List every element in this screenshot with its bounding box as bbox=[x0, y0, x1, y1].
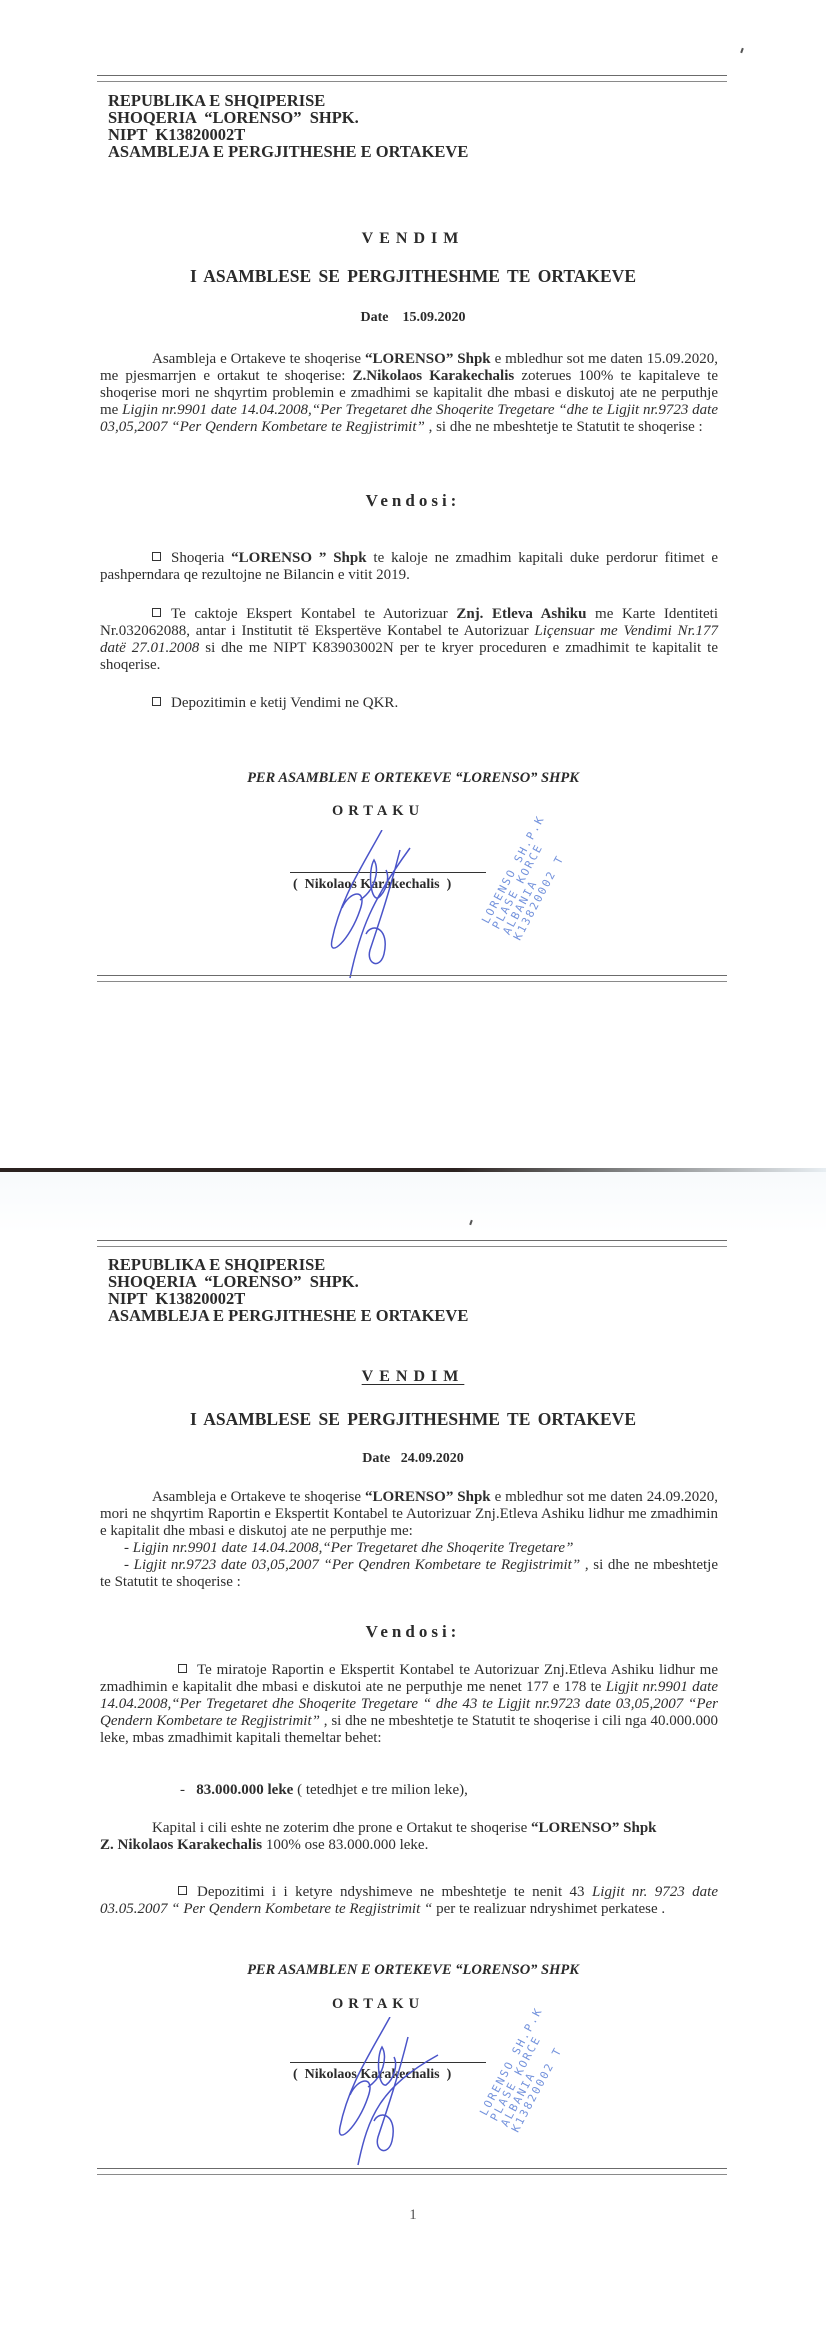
amount-words: ( tetedhjet e tre milion leke), bbox=[293, 1782, 468, 1798]
scan-speck bbox=[469, 1220, 473, 1225]
handwritten-signature bbox=[320, 830, 460, 980]
intro-text: , si dhe ne mbeshtetje te Statutit te sh… bbox=[425, 419, 703, 435]
intro-text: Asambleja e Ortakeve te shoqerise bbox=[152, 1489, 365, 1505]
company-name: “LORENSO” Shpk bbox=[365, 351, 491, 367]
decided-heading: Vendosi: bbox=[0, 1622, 826, 1642]
letterhead: REPUBLIKA E SHQIPERISE SHOQERIA “LORENSO… bbox=[108, 92, 468, 160]
handwritten-signature bbox=[328, 2017, 468, 2167]
decision-subtitle: I ASAMBLESE SE PERGJITHESHME TE ORTAKEVE bbox=[0, 1409, 826, 1430]
letterhead-company: SHOQERIA “LORENSO” SHPK. bbox=[108, 1273, 468, 1290]
amount-dash: - bbox=[180, 1782, 185, 1798]
partner-name: Z.Nikolaos Karakechalis bbox=[353, 368, 515, 384]
decision-text: Shoqeria bbox=[171, 550, 231, 566]
company-stamp: LORENSO SH.P.KPLASE KORCEALBANIAK1382000… bbox=[480, 813, 579, 942]
checkbox-bullet-icon bbox=[152, 608, 161, 617]
date-label: Date bbox=[361, 310, 389, 325]
signature-role: ORTAKU bbox=[332, 1996, 424, 2013]
law-reference: - Ligjin nr.9901 date 14.04.2008,“Per Tr… bbox=[124, 1540, 573, 1556]
expert-name: Znj. Etleva Ashiku bbox=[456, 606, 586, 622]
decision-text: per te realizuar ndryshimet perkatese . bbox=[432, 1901, 665, 1917]
decision-text: Depozitimi i i ketyre ndyshimeve ne mbes… bbox=[197, 1884, 592, 1900]
decision-title-text: VENDIM bbox=[362, 230, 465, 247]
decision-date: Date 15.09.2020 bbox=[0, 310, 826, 326]
decision-text: Kapital i cili eshte ne zoterim dhe pron… bbox=[152, 1820, 531, 1836]
decision-text: 100% ose 83.000.000 leke. bbox=[262, 1837, 428, 1853]
letterhead-company: SHOQERIA “LORENSO” SHPK. bbox=[108, 109, 468, 126]
letterhead-country: REPUBLIKA E SHQIPERISE bbox=[108, 92, 468, 109]
header-rule bbox=[97, 1240, 727, 1247]
scan-speck bbox=[740, 48, 744, 53]
decision-title: VENDIM bbox=[0, 1368, 826, 1386]
partner-name: Z. Nikolaos Karakechalis bbox=[100, 1837, 262, 1853]
date-value: 24.09.2020 bbox=[401, 1451, 464, 1466]
decision-item: Depozitimi i i ketyre ndyshimeve ne mbes… bbox=[100, 1884, 718, 1918]
decision-subtitle: I ASAMBLESE SE PERGJITHESHME TE ORTAKEVE bbox=[0, 266, 826, 287]
checkbox-bullet-icon bbox=[178, 1886, 187, 1895]
letterhead-nipt: NIPT K13820002T bbox=[108, 126, 468, 143]
date-label: Date bbox=[362, 1451, 390, 1466]
decided-heading: Vendosi: bbox=[0, 491, 826, 511]
decision-text: Depozitimin e ketij Vendimi ne QKR. bbox=[171, 695, 398, 711]
signature-for-label: PER ASAMBLEN E ORTEKEVE “LORENSO” SHPK bbox=[0, 1962, 826, 1979]
law-reference: - Ligjit nr.9723 date 03,05,2007 “Per Qe… bbox=[124, 1557, 580, 1573]
letterhead-assembly: ASAMBLEJA E PERGJITHESHE E ORTAKEVE bbox=[108, 1307, 468, 1324]
checkbox-bullet-icon bbox=[178, 1664, 187, 1673]
company-name: “LORENSO” Shpk bbox=[531, 1820, 656, 1836]
intro-text: Asambleja e Ortakeve te shoqerise bbox=[152, 351, 365, 367]
document-page-1: REPUBLIKA E SHQIPERISE SHOQERIA “LORENSO… bbox=[0, 0, 826, 1170]
decision-item: Depozitimin e ketij Vendimi ne QKR. bbox=[100, 695, 718, 712]
intro-paragraph: Asambleja e Ortakeve te shoqerise “LOREN… bbox=[100, 351, 718, 436]
decision-item: Shoqeria “LORENSO ” Shpk te kaloje ne zm… bbox=[100, 550, 718, 584]
capital-ownership: Kapital i cili eshte ne zoterim dhe pron… bbox=[100, 1820, 718, 1854]
decision-date: Date 24.09.2020 bbox=[0, 1451, 826, 1467]
company-name: “LORENSO ” Shpk bbox=[231, 550, 366, 566]
decision-item: Te miratoje Raportin e Ekspertit Kontabe… bbox=[100, 1662, 718, 1747]
signature-role: ORTAKU bbox=[332, 803, 424, 820]
company-name: “LORENSO” Shpk bbox=[365, 1489, 491, 1505]
page-number: 1 bbox=[0, 2207, 826, 2224]
decision-item: Te caktoje Ekspert Kontabel te Autorizua… bbox=[100, 606, 718, 674]
decision-title: VENDIM bbox=[0, 230, 826, 248]
checkbox-bullet-icon bbox=[152, 697, 161, 706]
footer-rule bbox=[97, 2168, 727, 2175]
decision-text: Te caktoje Ekspert Kontabel te Autorizua… bbox=[171, 606, 456, 622]
letterhead-nipt: NIPT K13820002T bbox=[108, 1290, 468, 1307]
decision-title-text: VENDIM bbox=[362, 1368, 465, 1385]
letterhead: REPUBLIKA E SHQIPERISE SHOQERIA “LORENSO… bbox=[108, 1256, 468, 1324]
letterhead-country: REPUBLIKA E SHQIPERISE bbox=[108, 1256, 468, 1273]
capital-amount: - 83.000.000 leke ( tetedhjet e tre mili… bbox=[100, 1782, 718, 1799]
footer-rule bbox=[97, 975, 727, 982]
amount-value: 83.000.000 leke bbox=[196, 1782, 293, 1798]
letterhead-assembly: ASAMBLEJA E PERGJITHESHE E ORTAKEVE bbox=[108, 143, 468, 160]
date-value: 15.09.2020 bbox=[403, 310, 466, 325]
company-stamp: LORENSO SH.P.KPLASE KORCEALBANIAK1382000… bbox=[478, 2005, 577, 2134]
document-page-2: REPUBLIKA E SHQIPERISE SHOQERIA “LORENSO… bbox=[0, 1172, 826, 2338]
header-rule bbox=[97, 75, 727, 82]
intro-paragraph: Asambleja e Ortakeve te shoqerise “LOREN… bbox=[100, 1489, 718, 1591]
signature-for-label: PER ASAMBLEN E ORTEKEVE “LORENSO” SHPK bbox=[0, 770, 826, 787]
checkbox-bullet-icon bbox=[152, 552, 161, 561]
